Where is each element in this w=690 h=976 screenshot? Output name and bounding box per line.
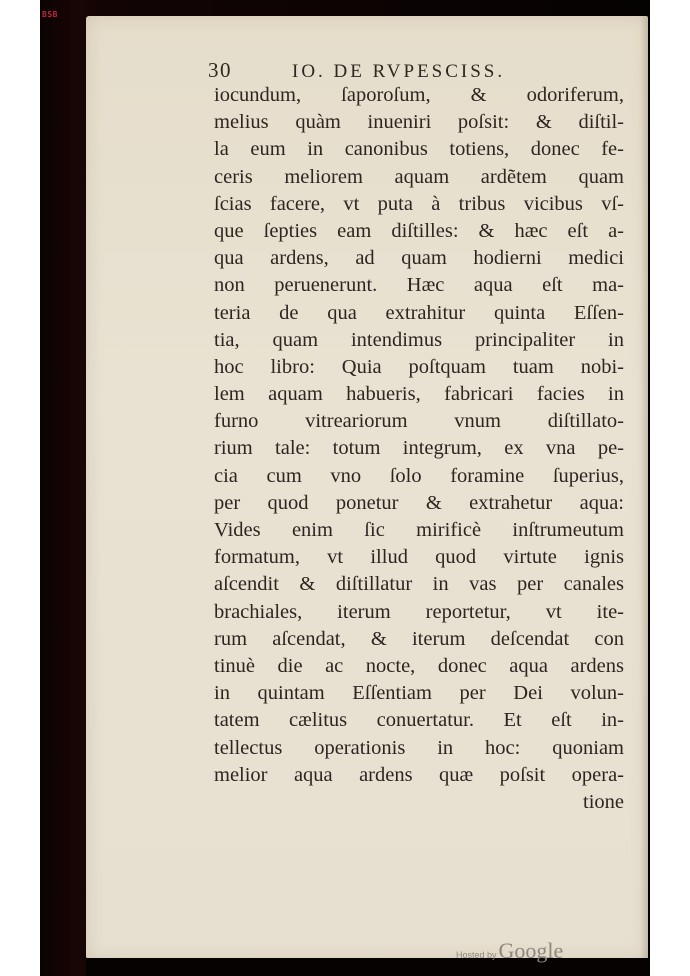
text-line: formatum, vt illud quod virtute ignis — [214, 544, 624, 571]
text-line: aſcendit & diſtillatur in vas per canale… — [214, 571, 624, 598]
text-line: qua ardens, ad quam hodierni medici — [214, 245, 624, 272]
text-line: per quod ponetur & extrahetur aqua: — [214, 490, 624, 517]
text-line: cia cum vno ſolo foramine ſuperius, — [214, 463, 624, 490]
scanner-bottom-edge — [86, 958, 648, 976]
text-line: in quintam Eſſentiam per Dei volun- — [214, 680, 624, 707]
text-line: melior aqua ardens quæ poſsit opera- — [214, 762, 624, 789]
text-line: tellectus operationis in hoc: quoniam — [214, 735, 624, 762]
text-line: hoc libro: Quia poſtquam tuam nobi- — [214, 354, 624, 381]
text-line: rium tale: totum integrum, ex vna pe- — [214, 435, 624, 462]
body-text: iocundum, ſaporoſum, & odoriferum, meliu… — [214, 82, 624, 816]
text-line: lem aquam habueris, fabricari facies in — [214, 381, 624, 408]
text-line: melius quàm inueniri poſsit: & diſtil- — [214, 109, 624, 136]
text-line: ceris meliorem aquam ardẽtem quam — [214, 164, 624, 191]
text-line: Vides enim ſic mirificè inſtrumeutum — [214, 517, 624, 544]
text-line: tia, quam intendimus principaliter in — [214, 327, 624, 354]
text-line: que ſepties eam diſtilles: & hæc eſt a- — [214, 218, 624, 245]
library-mark: BSB — [42, 10, 58, 19]
page-number: 30 — [208, 58, 292, 83]
text-line: tatem cælitus conuertatur. Et eſt in- — [214, 707, 624, 734]
text-line: brachiales, iterum reportetur, vt ite- — [214, 599, 624, 626]
text-line: la eum in canonibus totiens, donec fe- — [214, 136, 624, 163]
text-line: teria de qua extrahitur quinta Eſſen- — [214, 300, 624, 327]
text-line: furno vitreariorum vnum diſtillato- — [214, 408, 624, 435]
text-line: tinuè die ac nocte, donec aqua ardens — [214, 653, 624, 680]
running-title: IO. DE RVPESCISS. — [292, 61, 505, 82]
text-line: rum aſcendat, & iterum deſcendat con — [214, 626, 624, 653]
text-line: non peruenerunt. Hæc aqua eſt ma- — [214, 272, 624, 299]
running-head: 30IO. DE RVPESCISS. — [208, 58, 568, 83]
google-watermark: Hosted byGoogle — [456, 938, 563, 964]
watermark-brand: Google — [499, 938, 564, 963]
text-line: ſcias facere, vt puta à tribus vicibus v… — [214, 191, 624, 218]
catchword: tione — [214, 789, 624, 816]
watermark-prefix: Hosted by — [456, 950, 497, 960]
text-line: iocundum, ſaporoſum, & odoriferum, — [214, 82, 624, 109]
